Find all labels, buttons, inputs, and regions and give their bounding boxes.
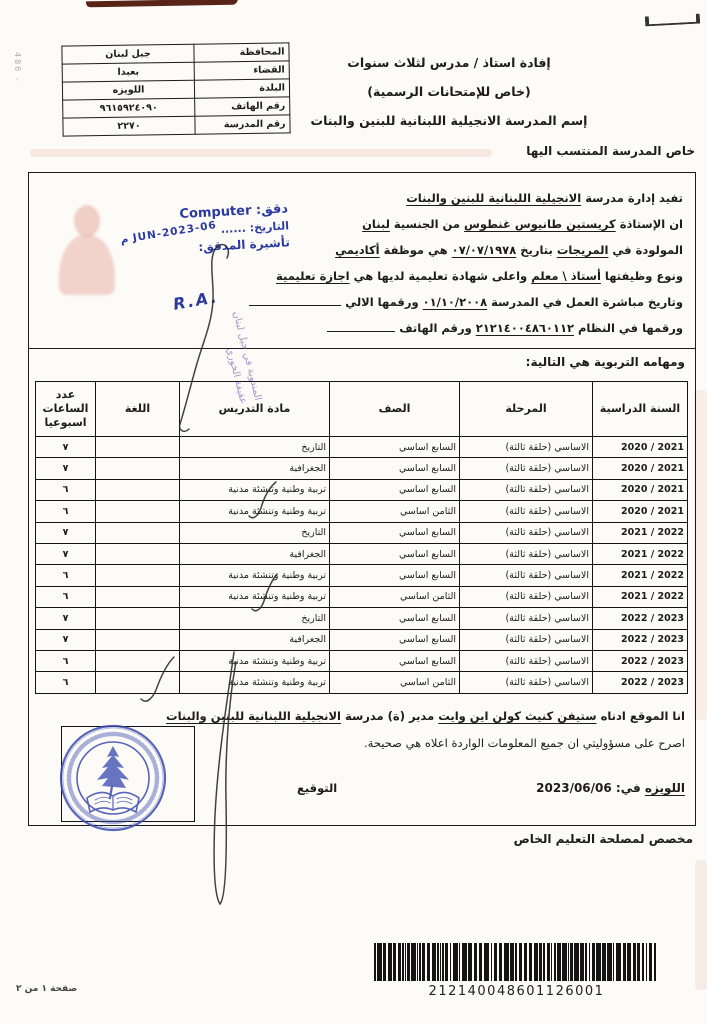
- statement-text: واعلى شهادة تعليمية لديها هي: [350, 269, 532, 283]
- subject-cell: تربية وطنية وتنشئة مدنية: [180, 650, 330, 671]
- principal-name-underlined: ستيفن كنيث كولن اين وايت: [438, 709, 596, 723]
- statement-text: ان الإستاذة: [616, 217, 683, 231]
- header-school-year: السنة الدراسية: [593, 382, 688, 437]
- stage-cell: الاساسي (حلقة ثالثة): [460, 672, 593, 693]
- language-cell: [96, 543, 180, 564]
- year-cell: 2021 / 2022: [593, 565, 688, 586]
- info-value: ٢٢٧٠: [63, 116, 195, 136]
- statement-text: هي موظفة: [380, 243, 452, 257]
- language-cell: [96, 522, 180, 543]
- language-cell: [96, 629, 180, 650]
- margin-handwritten-note: 486 -: [13, 52, 22, 83]
- school-name-title: إسم المدرسة الانجيلية اللبنانية للبنين و…: [299, 106, 599, 135]
- table-row: 2021 / 2022الاساسي (حلقة ثالثة)الثامن اس…: [36, 586, 688, 607]
- info-label: البلدة: [194, 79, 289, 98]
- statement-line: تفيد إدارة مدرسة الانجيلية اللبنانية للب…: [249, 185, 683, 211]
- language-cell: [96, 608, 180, 629]
- year-cell: 2022 / 2023: [593, 608, 688, 629]
- language-cell: [96, 672, 180, 693]
- scan-tint-strip: [695, 860, 707, 990]
- stage-cell: الاساسي (حلقة ثالثة): [460, 586, 593, 607]
- position-underlined: أستاذ \ معلم: [531, 269, 601, 283]
- stage-cell: الاساسي (حلقة ثالثة): [460, 501, 593, 522]
- language-cell: [96, 565, 180, 586]
- year-cell: 2020 / 2021: [593, 479, 688, 500]
- place-date-line: اللويزه في: 2023/06/06: [536, 781, 685, 795]
- grade-cell: الثامن اساسي: [330, 586, 460, 607]
- school-seal-stamp: [51, 718, 175, 842]
- statement-line: ورقمها في النظام ٢١٢١٤٠٠٤٨٦٠١١٢ ورقم اله…: [249, 315, 683, 341]
- section-divider: [29, 348, 695, 349]
- school-name-underlined: الانجيلية اللبنانية للبنين والبنات: [406, 191, 581, 205]
- duties-heading: ومهامه التربوية هي التالية:: [526, 355, 685, 369]
- year-cell: 2022 / 2023: [593, 650, 688, 671]
- year-cell: 2022 / 2023: [593, 672, 688, 693]
- subject-cell: التاريخ: [180, 437, 330, 458]
- declaration-line-2: اصرح على مسؤوليتي ان جميع المعلومات الوا…: [364, 736, 685, 750]
- subject-cell: تربية وطنية وتنشئة مدنية: [180, 586, 330, 607]
- grade-cell: السابع اساسي: [330, 629, 460, 650]
- birthplace-underlined: المريجات: [557, 243, 609, 257]
- subject-cell: تربية وطنية وتنشئة مدنية: [180, 672, 330, 693]
- statement-text: ونوع وظيفتها: [601, 269, 683, 283]
- statement-line: المولودة في المريجات بتاريخ ٠٧/٠٧/١٩٧٨ ه…: [249, 237, 683, 263]
- birthdate-underlined: ٠٧/٠٧/١٩٧٨: [452, 243, 517, 257]
- subject-cell: الجغرافية: [180, 458, 330, 479]
- scan-tint-strip: [30, 149, 492, 157]
- language-cell: [96, 479, 180, 500]
- certification-statement: تفيد إدارة مدرسة الانجيلية اللبنانية للب…: [249, 185, 683, 341]
- hours-cell: ٧: [36, 629, 96, 650]
- year-cell: 2020 / 2021: [593, 437, 688, 458]
- teaching-schedule-table: السنة الدراسية المرحلة الصف مادة التدريس…: [35, 381, 688, 694]
- table-row: 2022 / 2023الاساسي (حلقة ثالثة)الثامن اس…: [36, 672, 688, 693]
- info-value: جبل لبنان: [62, 44, 194, 64]
- grade-cell: السابع اساسي: [330, 437, 460, 458]
- statement-text: بتاريخ: [516, 243, 557, 257]
- table-row: 2021 / 2022الاساسي (حلقة ثالثة)السابع اس…: [36, 522, 688, 543]
- language-cell: [96, 650, 180, 671]
- grade-cell: السابع اساسي: [330, 543, 460, 564]
- hours-cell: ٧: [36, 608, 96, 629]
- staple-mark: [645, 14, 700, 27]
- subject-cell: التاريخ: [180, 608, 330, 629]
- table-row: 2020 / 2021الاساسي (حلقة ثالثة)الثامن اس…: [36, 501, 688, 522]
- declaration-text: انا الموقع ادناه: [597, 709, 685, 723]
- phone-number-blank: [327, 329, 395, 332]
- issue-date: 2023/06/06: [536, 781, 612, 795]
- job-type-underlined: أكاديمي: [335, 243, 380, 257]
- grade-cell: السابع اساسي: [330, 608, 460, 629]
- stage-cell: الاساسي (حلقة ثالثة): [460, 479, 593, 500]
- hours-cell: ٦: [36, 672, 96, 693]
- stage-cell: الاساسي (حلقة ثالثة): [460, 629, 593, 650]
- grade-cell: الثامن اساسي: [330, 501, 460, 522]
- header-subject: مادة التدريس: [180, 382, 330, 437]
- info-label: رقم المدرسة: [195, 115, 290, 134]
- hours-cell: ٦: [36, 565, 96, 586]
- system-number-underlined: ٢١٢١٤٠٠٤٨٦٠١١٢: [476, 321, 574, 335]
- hours-cell: ٧: [36, 522, 96, 543]
- section-label: خاص المدرسة المنتسب اليها: [526, 144, 695, 158]
- declaration-line-1: انا الموقع ادناه ستيفن كنيث كولن اين واي…: [166, 709, 685, 723]
- document-subtitle: (خاص للإمتحانات الرسمية): [299, 77, 599, 106]
- info-label: المحافظة: [194, 43, 289, 62]
- photo-torso-shape: [59, 235, 115, 295]
- auto-number-blank: [249, 303, 341, 306]
- info-label: رقم الهاتف: [195, 97, 290, 116]
- document-title: إفادة استاذ / مدرس لثلاث سنوات: [299, 48, 599, 77]
- school-name-underlined: الانجيلية اللبنانية للبنين والبنات: [166, 709, 341, 723]
- signature-label: التوقيع: [297, 781, 337, 795]
- info-label: القضاء: [194, 61, 289, 80]
- nationality-underlined: لبنان: [362, 217, 390, 231]
- grade-cell: السابع اساسي: [330, 565, 460, 586]
- stage-cell: الاساسي (حلقة ثالثة): [460, 608, 593, 629]
- teacher-name-underlined: كريستين طانيوس غنطوس: [464, 217, 616, 231]
- main-content-box: دقق: Computer التاريخ: ...... 06-JUN-202…: [28, 172, 696, 826]
- hours-cell: ٦: [36, 586, 96, 607]
- barcode-block: 212140048601126001: [374, 943, 659, 999]
- year-cell: 2022 / 2023: [593, 629, 688, 650]
- photo-head-shape: [74, 205, 100, 237]
- subject-cell: الجغرافية: [180, 543, 330, 564]
- statement-line: ان الإستاذة كريستين طانيوس غنطوس من الجن…: [249, 211, 683, 237]
- place-underlined: اللويزه: [645, 781, 685, 795]
- stage-cell: الاساسي (حلقة ثالثة): [460, 565, 593, 586]
- start-date-underlined: ٠١/١٠/٢٠٠٨: [423, 295, 488, 309]
- year-cell: 2020 / 2021: [593, 458, 688, 479]
- table-row: 2021 / 2022الاساسي (حلقة ثالثة)السابع اس…: [36, 543, 688, 564]
- subject-cell: التاريخ: [180, 522, 330, 543]
- statement-text: وتاريخ مباشرة العمل في المدرسة: [487, 295, 683, 309]
- statement-line: ونوع وظيفتها أستاذ \ معلم واعلى شهادة تع…: [249, 263, 683, 289]
- table-header-row: السنة الدراسية المرحلة الصف مادة التدريس…: [36, 382, 688, 437]
- subject-cell: تربية وطنية وتنشئة مدنية: [180, 565, 330, 586]
- table-row: 2021 / 2022الاساسي (حلقة ثالثة)السابع اس…: [36, 565, 688, 586]
- barcode-bars: [374, 943, 659, 981]
- stage-cell: الاساسي (حلقة ثالثة): [460, 458, 593, 479]
- statement-text: تفيد إدارة مدرسة: [581, 191, 683, 205]
- subject-cell: تربية وطنية وتنشئة مدنية: [180, 479, 330, 500]
- info-value: ٩٦١٥٩٢٤٠٩٠: [63, 98, 195, 118]
- stage-cell: الاساسي (حلقة ثالثة): [460, 437, 593, 458]
- degree-underlined: اجازة تعليمية: [276, 269, 350, 283]
- year-cell: 2021 / 2022: [593, 586, 688, 607]
- year-cell: 2020 / 2021: [593, 501, 688, 522]
- page-number-label: صفحة ١ من ٢: [16, 984, 77, 994]
- table-row: 2020 / 2021الاساسي (حلقة ثالثة)السابع اس…: [36, 479, 688, 500]
- school-info-table: المحافظة جبل لبنان القضاء بعبدا البلدة ا…: [61, 42, 290, 136]
- statement-text: من الجنسية: [390, 217, 464, 231]
- barcode-number: 212140048601126001: [374, 984, 659, 999]
- table-row: 2020 / 2021الاساسي (حلقة ثالثة)السابع اس…: [36, 458, 688, 479]
- header-language: اللغة: [96, 382, 180, 437]
- statement-text: المولودة في: [608, 243, 683, 257]
- language-cell: [96, 501, 180, 522]
- year-cell: 2021 / 2022: [593, 522, 688, 543]
- info-row: رقم المدرسة ٢٢٧٠: [63, 115, 290, 136]
- teaching-schedule-table-wrap: السنة الدراسية المرحلة الصف مادة التدريس…: [35, 381, 688, 694]
- scan-shadow-artifact: [86, 0, 238, 7]
- stage-cell: الاساسي (حلقة ثالثة): [460, 522, 593, 543]
- private-education-note: مخصص لمصلحة التعليم الخاص: [514, 832, 693, 846]
- hours-cell: ٦: [36, 479, 96, 500]
- year-cell: 2021 / 2022: [593, 543, 688, 564]
- subject-cell: الجغرافية: [180, 629, 330, 650]
- stage-cell: الاساسي (حلقة ثالثة): [460, 543, 593, 564]
- table-row: 2022 / 2023الاساسي (حلقة ثالثة)السابع اس…: [36, 608, 688, 629]
- table-row: 2022 / 2023الاساسي (حلقة ثالثة)السابع اس…: [36, 650, 688, 671]
- document-titles: إفادة استاذ / مدرس لثلاث سنوات (خاص للإم…: [299, 48, 599, 135]
- table-row: 2020 / 2021الاساسي (حلقة ثالثة)السابع اس…: [36, 437, 688, 458]
- header-stage: المرحلة: [460, 382, 593, 437]
- language-cell: [96, 586, 180, 607]
- place-suffix: في:: [612, 781, 645, 795]
- info-value: اللويزه: [62, 80, 194, 100]
- statement-text: ورقم الهاتف: [395, 321, 476, 335]
- statement-text: ورقمها الالي: [341, 295, 422, 309]
- grade-cell: السابع اساسي: [330, 650, 460, 671]
- language-cell: [96, 458, 180, 479]
- hours-cell: ٧: [36, 458, 96, 479]
- declaration-text: مدير (ة) مدرسة: [341, 709, 438, 723]
- statement-line: وتاريخ مباشرة العمل في المدرسة ٠١/١٠/٢٠٠…: [249, 289, 683, 315]
- grade-cell: السابع اساسي: [330, 522, 460, 543]
- grade-cell: الثامن اساسي: [330, 672, 460, 693]
- stage-cell: الاساسي (حلقة ثالثة): [460, 650, 593, 671]
- header-weekly-hours: عدد الساعات اسبوعيا: [36, 382, 96, 437]
- hours-cell: ٦: [36, 501, 96, 522]
- hours-cell: ٦: [36, 650, 96, 671]
- table-row: 2022 / 2023الاساسي (حلقة ثالثة)السابع اس…: [36, 629, 688, 650]
- language-cell: [96, 437, 180, 458]
- statement-text: ورقمها في النظام: [574, 321, 683, 335]
- teacher-photo: [57, 199, 117, 299]
- hours-cell: ٧: [36, 543, 96, 564]
- scanned-document-page: 486 - المحافظة جبل لبنان القضاء بعبدا ال…: [0, 0, 707, 1024]
- grade-cell: السابع اساسي: [330, 458, 460, 479]
- subject-cell: تربية وطنية وتنشئة مدنية: [180, 501, 330, 522]
- grade-cell: السابع اساسي: [330, 479, 460, 500]
- hours-cell: ٧: [36, 437, 96, 458]
- header-grade: الصف: [330, 382, 460, 437]
- info-value: بعبدا: [62, 62, 194, 82]
- barcode-bar: [654, 943, 656, 981]
